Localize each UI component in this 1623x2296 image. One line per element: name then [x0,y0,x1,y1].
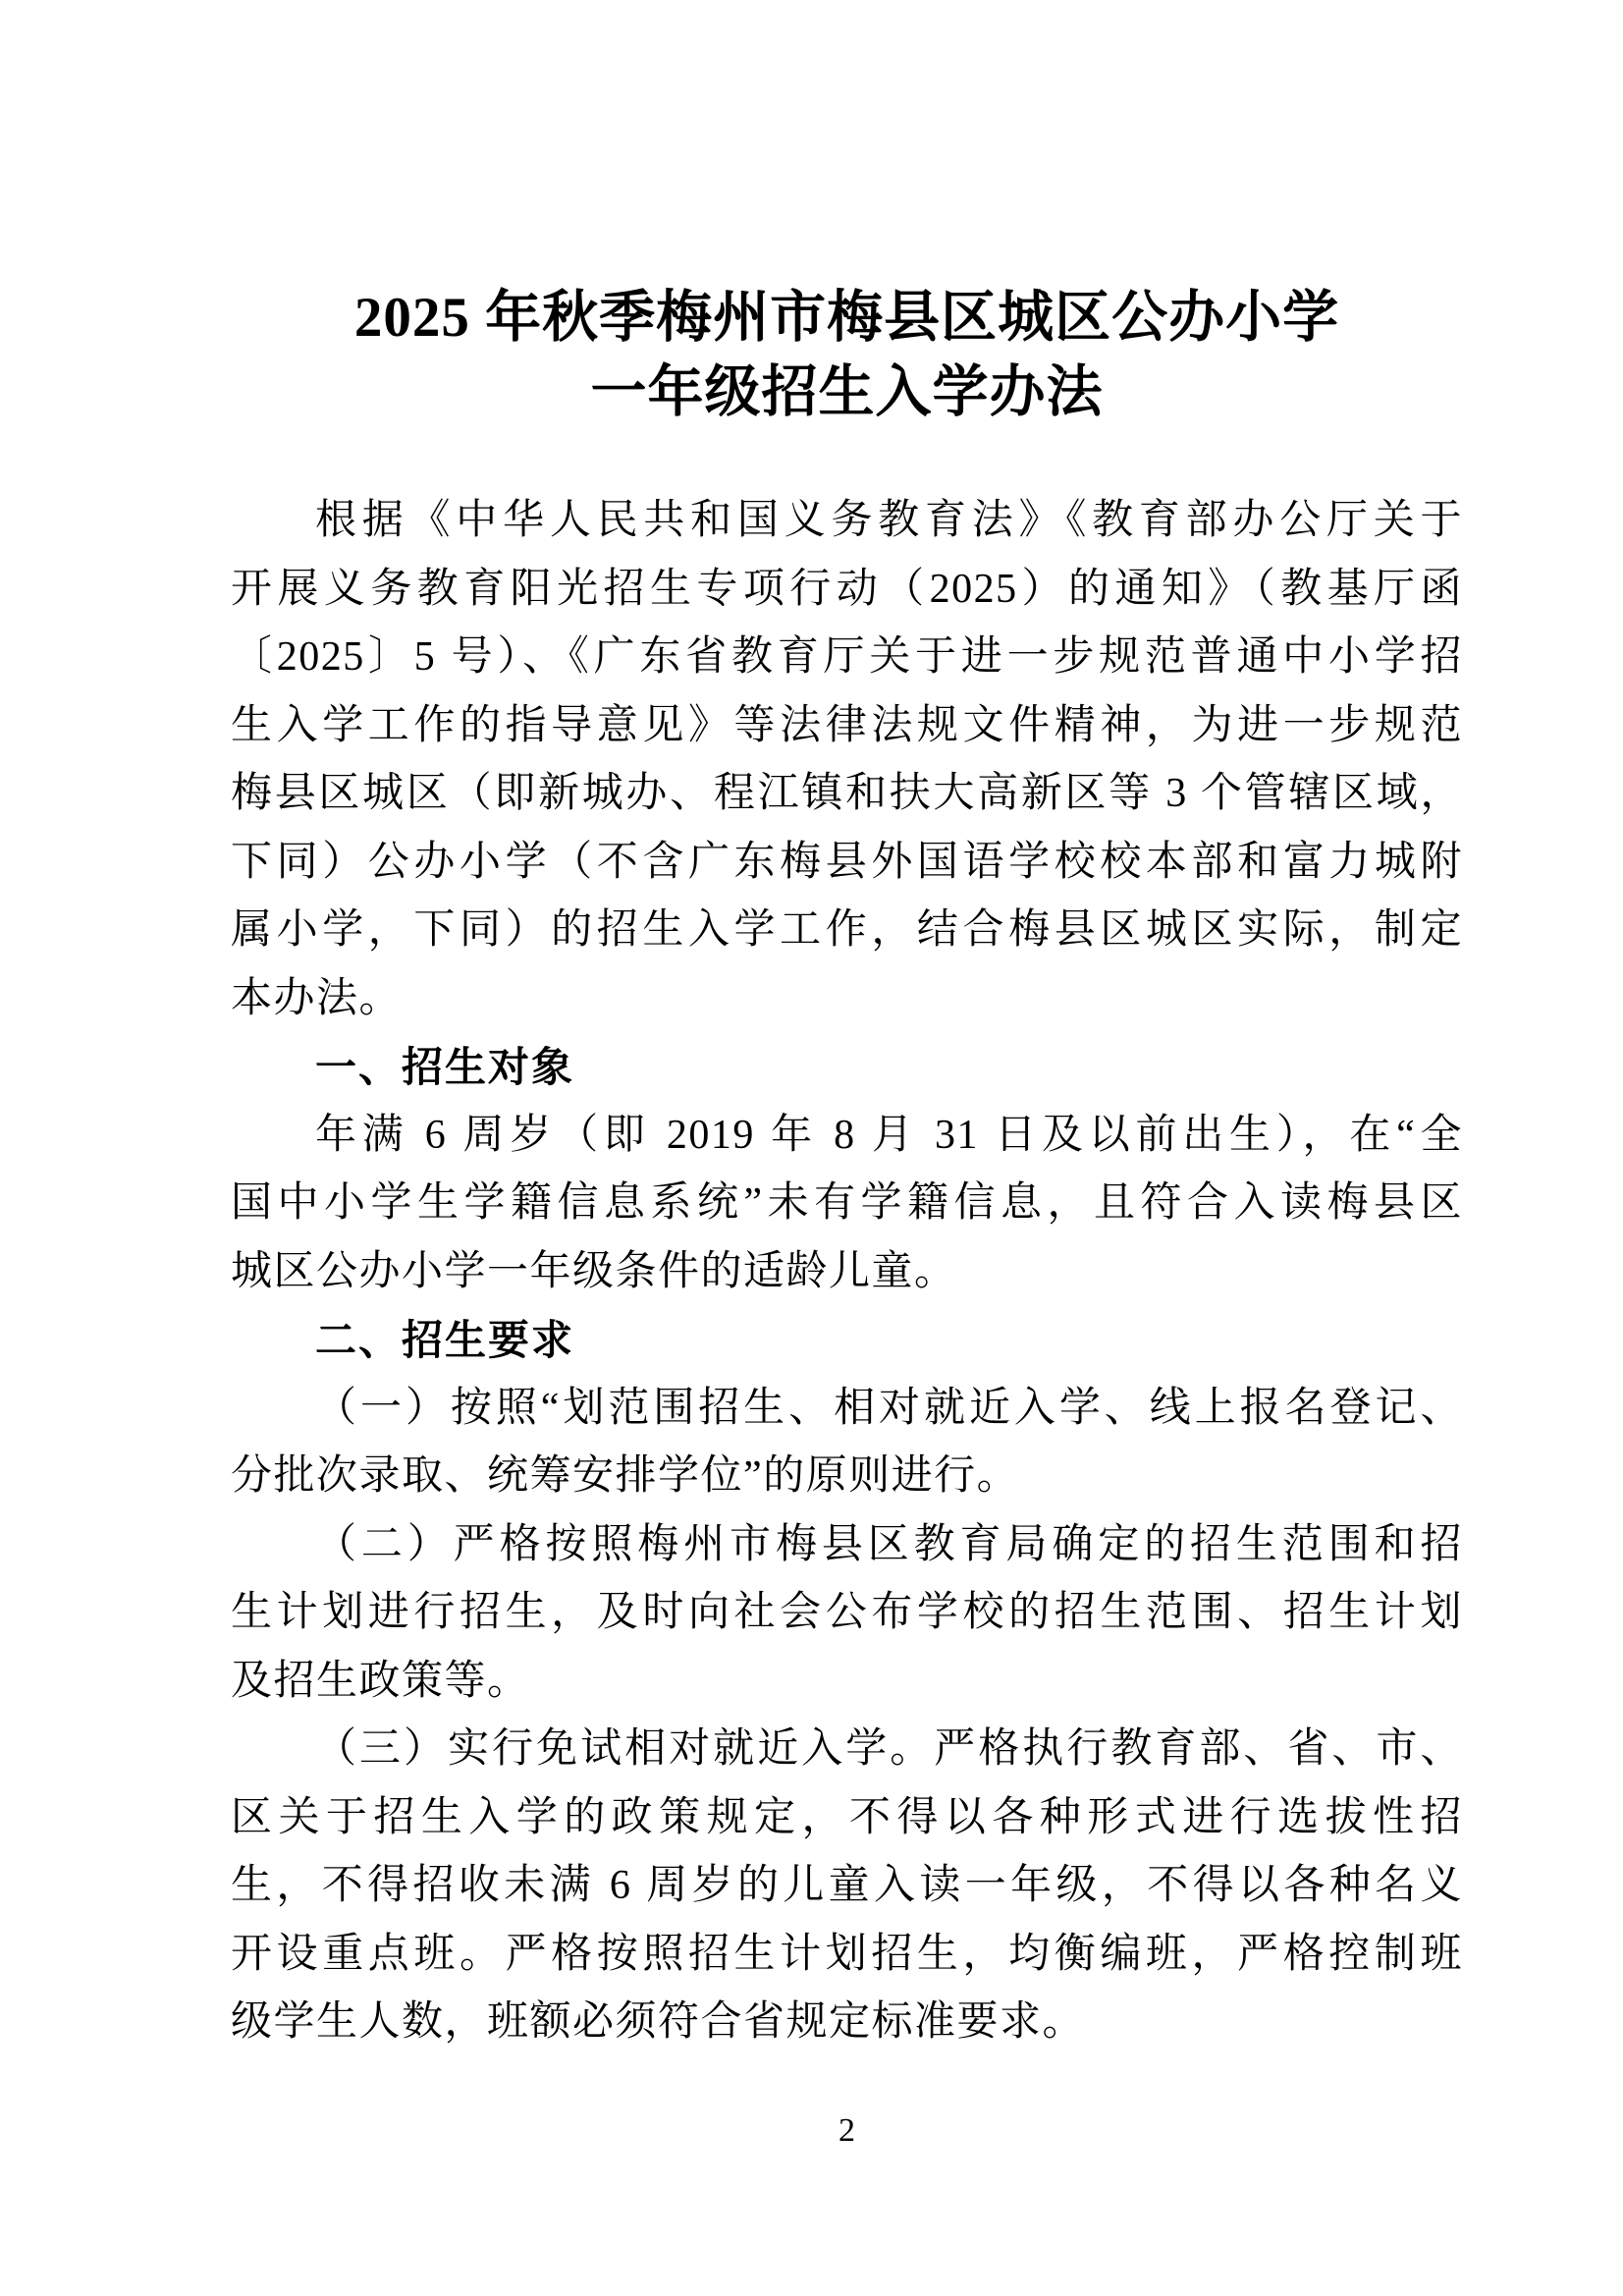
section-heading-1: 一、招生对象 [231,1033,1463,1102]
body-line: 〔2025〕5 号）、《广东省教育厅关于进一步规范普通中小学招 [231,624,1463,692]
body-line: 级学生人数，班额必须符合省规定标准要求。 [231,1989,1463,2057]
document-title-line-1: 2025 年秋季梅州市梅县区城区公办小学 [231,281,1463,355]
body-line: 生，不得招收未满 6 周岁的儿童入读一年级，不得以各种名义 [231,1852,1463,1921]
body-line: （三）实行免试相对就近入学。严格执行教育部、省、市、 [231,1716,1463,1784]
document-body: 根据《中华人民共和国义务教育法》《教育部办公厅关于 开展义务教育阳光招生专项行动… [231,487,1463,2057]
body-line: 分批次录取、统筹安排学位”的原则进行。 [231,1443,1463,1511]
body-line: 年满 6 周岁（即 2019 年 8 月 31 日及以前出生），在“全 [231,1102,1463,1171]
document-title: 2025 年秋季梅州市梅县区城区公办小学 一年级招生入学办法 [231,281,1463,430]
document-page: { "document": { "title_line1": "2025 年秋季… [0,0,1623,2296]
body-line: 国中小学生学籍信息系统”未有学籍信息，且符合入读梅县区 [231,1170,1463,1238]
body-line: 开设重点班。严格按照招生计划招生，均衡编班，严格控制班 [231,1921,1463,1990]
body-line: 梅县区城区（即新城办、程江镇和扶大高新区等 3 个管辖区域， [231,760,1463,829]
body-line: 本办法。 [231,965,1463,1034]
body-line: 属小学，下同）的招生入学工作，结合梅县区城区实际，制定 [231,897,1463,965]
page-content: 2025 年秋季梅州市梅县区城区公办小学 一年级招生入学办法 根据《中华人民共和… [231,281,1463,2057]
section-heading-2: 二、招生要求 [231,1306,1463,1375]
page-number: 2 [231,2109,1463,2153]
page: 2025 年秋季梅州市梅县区城区公办小学 一年级招生入学办法 根据《中华人民共和… [0,0,1623,2296]
body-line: 生计划进行招生，及时向社会公布学校的招生范围、招生计划 [231,1579,1463,1648]
body-line: （二）严格按照梅州市梅县区教育局确定的招生范围和招 [231,1511,1463,1580]
body-line: 城区公办小学一年级条件的适龄儿童。 [231,1238,1463,1307]
body-line: 开展义务教育阳光招生专项行动（2025）的通知》（教基厅函 [231,556,1463,625]
body-line: 根据《中华人民共和国义务教育法》《教育部办公厅关于 [231,487,1463,556]
body-line: 区关于招生入学的政策规定，不得以各种形式进行选拔性招 [231,1784,1463,1853]
body-line: 及招生政策等。 [231,1648,1463,1717]
document-title-line-2: 一年级招生入学办法 [231,355,1463,430]
body-line: 下同）公办小学（不含广东梅县外国语学校校本部和富力城附 [231,829,1463,898]
body-line: 生入学工作的指导意见》等法律法规文件精神，为进一步规范 [231,692,1463,761]
body-line: （一）按照“划范围招生、相对就近入学、线上报名登记、 [231,1375,1463,1444]
